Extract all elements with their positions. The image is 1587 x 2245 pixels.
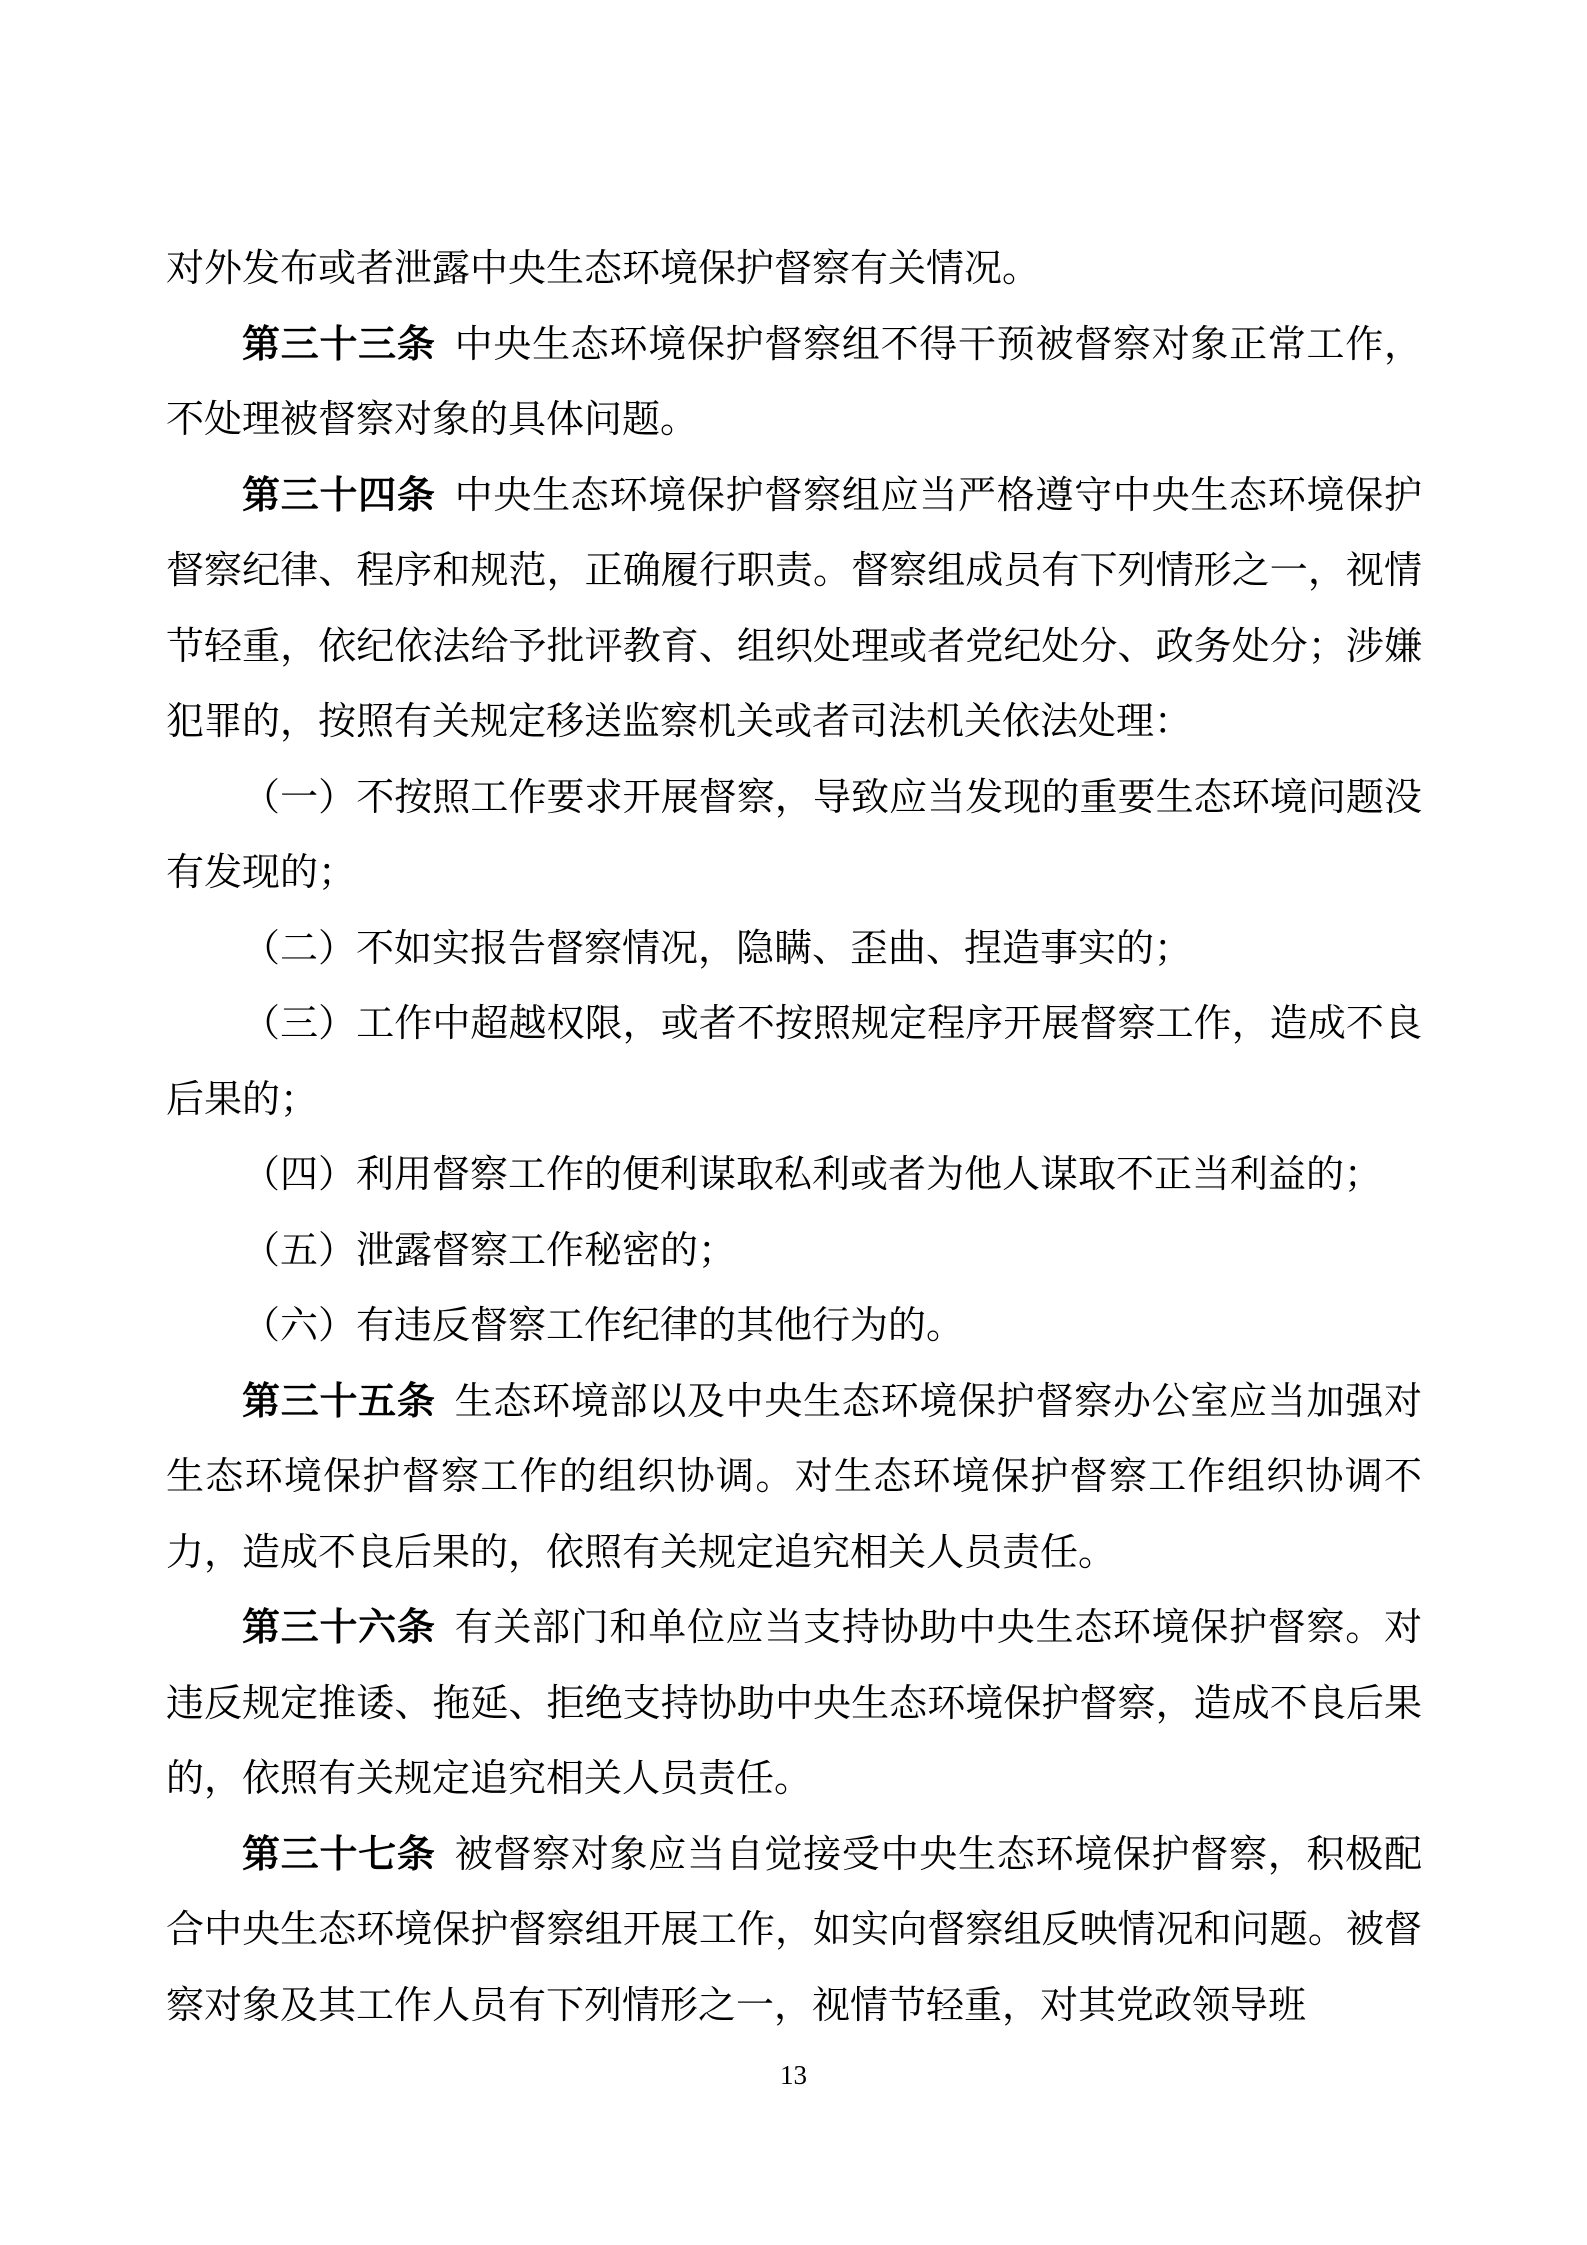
paragraph-text: （二）不如实报告督察情况，隐瞒、歪曲、捏造事实的； [242,928,1192,970]
article-35-number: 第三十五条 [242,1381,436,1423]
paragraph-text: （一）不按照工作要求开展督察，导致应当发现的重要生态环境问题没有发现的； [166,777,1422,895]
paragraph-text: （三）工作中超越权限，或者不按照规定程序开展督察工作，造成不良后果的； [166,1003,1422,1121]
page-number: 13 [0,2058,1587,2092]
document-page: 对外发布或者泄露中央生态环境保护督察有关情况。 第三十三条中央生态环境保护督察组… [0,0,1587,2245]
paragraph-continuation: 对外发布或者泄露中央生态环境保护督察有关情况。 [166,232,1422,308]
paragraph-article-36: 第三十六条有关部门和单位应当支持协助中央生态环境保护督察。对违反规定推诿、拖延、… [166,1591,1422,1818]
article-36-number: 第三十六条 [242,1607,436,1649]
paragraph-item-6: （六）有违反督察工作纪律的其他行为的。 [166,1289,1422,1365]
paragraph-item-4: （四）利用督察工作的便利谋取私利或者为他人谋取不正当利益的； [166,1138,1422,1214]
paragraph-item-1: （一）不按照工作要求开展督察，导致应当发现的重要生态环境问题没有发现的； [166,761,1422,912]
paragraph-text: 对外发布或者泄露中央生态环境保护督察有关情况。 [166,248,1040,290]
paragraph-text: （四）利用督察工作的便利谋取私利或者为他人谋取不正当利益的； [242,1154,1382,1196]
paragraph-item-2: （二）不如实报告督察情况，隐瞒、歪曲、捏造事实的； [166,912,1422,988]
paragraph-article-34: 第三十四条中央生态环境保护督察组应当严格遵守中央生态环境保护督察纪律、程序和规范… [166,459,1422,761]
article-33-number: 第三十三条 [242,324,436,366]
article-34-number: 第三十四条 [242,475,436,517]
paragraph-text: （六）有违反督察工作纪律的其他行为的。 [242,1305,964,1347]
paragraph-article-33: 第三十三条中央生态环境保护督察组不得干预被督察对象正常工作，不处理被督察对象的具… [166,308,1422,459]
document-body: 对外发布或者泄露中央生态环境保护督察有关情况。 第三十三条中央生态环境保护督察组… [166,232,1422,2044]
article-37-number: 第三十七条 [242,1834,436,1876]
paragraph-text: （五）泄露督察工作秘密的； [242,1230,736,1272]
paragraph-item-3: （三）工作中超越权限，或者不按照规定程序开展督察工作，造成不良后果的； [166,987,1422,1138]
paragraph-article-35: 第三十五条生态环境部以及中央生态环境保护督察办公室应当加强对生态环境保护督察工作… [166,1365,1422,1592]
paragraph-item-5: （五）泄露督察工作秘密的； [166,1214,1422,1290]
paragraph-article-37: 第三十七条被督察对象应当自觉接受中央生态环境保护督察，积极配合中央生态环境保护督… [166,1818,1422,2045]
